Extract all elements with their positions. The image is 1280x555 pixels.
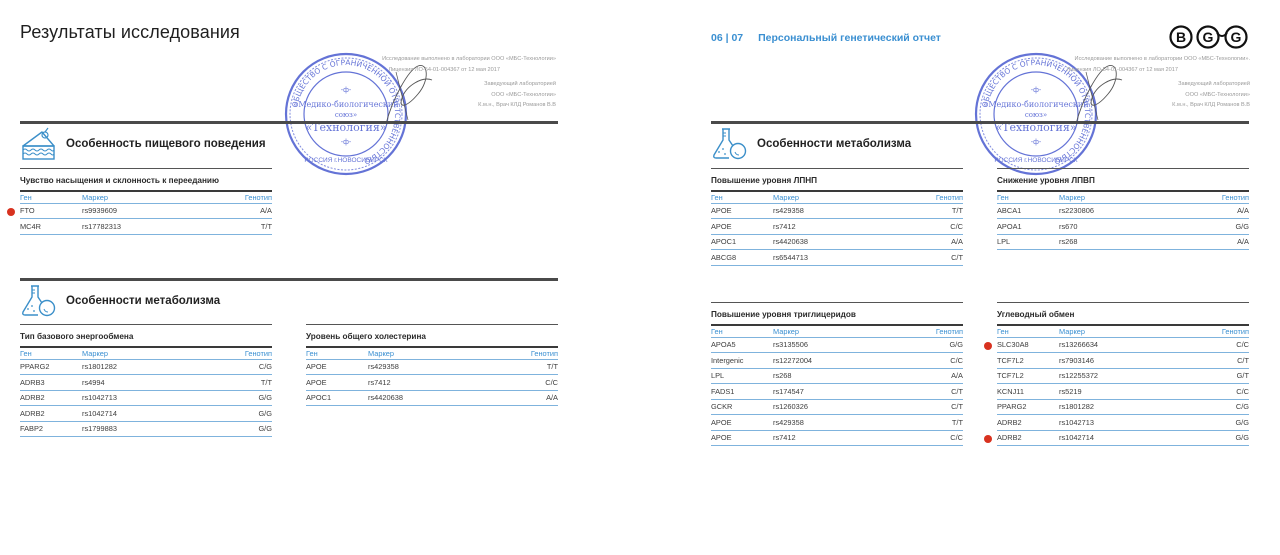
table-header: ГенМаркерГенотип xyxy=(997,326,1249,338)
svg-text:-ф-: -ф- xyxy=(341,139,352,146)
table-row: LPLrs268A/A xyxy=(711,369,963,385)
genotype-cell: G/G xyxy=(222,393,272,402)
gene-cell: SLC30A8 xyxy=(997,340,1059,349)
cake-icon xyxy=(20,127,58,161)
table-header: ГенМаркерГенотип xyxy=(20,192,272,204)
column-header-genotype: Генотип xyxy=(913,327,963,336)
gene-cell: APOC1 xyxy=(711,237,773,246)
column-header-marker: Маркер xyxy=(773,327,913,336)
flask-icon xyxy=(20,284,58,318)
genotype-cell: G/G xyxy=(222,424,272,433)
marker-cell: rs1801282 xyxy=(82,362,222,371)
lab-note-line: К.м.н., Врач КЛД Романов В.В xyxy=(1030,100,1250,111)
column-header-gene: Ген xyxy=(711,327,773,336)
column-header-genotype: Генотип xyxy=(1199,193,1249,202)
genotype-cell: A/A xyxy=(1199,206,1249,215)
gene-cell: ADRB2 xyxy=(20,393,82,402)
gene-table: Повышение уровня триглицеридов ГенМаркер… xyxy=(711,302,963,446)
svg-text:союз»: союз» xyxy=(1025,111,1047,119)
genotype-cell: T/T xyxy=(508,362,558,371)
marker-cell: rs7412 xyxy=(368,378,508,387)
section-title: Особенности метаболизма xyxy=(66,295,220,307)
page-header: 06 | 07 Персональный генетический отчет xyxy=(711,32,941,44)
table-header: ГенМаркерГенотип xyxy=(20,348,272,360)
table-row: TCF7L2rs12255372G/T xyxy=(997,369,1249,385)
genotype-cell: A/A xyxy=(913,237,963,246)
genotype-cell: C/T xyxy=(913,387,963,396)
svg-text:-ф-: -ф- xyxy=(1031,139,1042,146)
gene-cell: APOE xyxy=(711,433,773,442)
table-subtitle: Тип базового энергообмена xyxy=(20,332,272,341)
genotype-cell: C/G xyxy=(1199,402,1249,411)
lab-note-line: ООО «МБС-Технологии» xyxy=(1030,90,1250,101)
marker-cell: rs7903146 xyxy=(1059,356,1199,365)
table-row: ABCA1rs2230806A/A xyxy=(997,204,1249,220)
page-number: 06 | 07 xyxy=(711,32,743,44)
table-row: APOErs7412C/C xyxy=(711,431,963,447)
table-row: ADRB2rs1042713G/G xyxy=(20,391,272,407)
gene-cell: PPARG2 xyxy=(997,402,1059,411)
section-divider xyxy=(20,121,558,124)
table-row: APOErs429358T/T xyxy=(306,360,558,376)
marker-cell: rs17782313 xyxy=(82,222,222,231)
gene-cell: LPL xyxy=(711,371,773,380)
table-header: ГенМаркерГенотип xyxy=(711,192,963,204)
genotype-cell: G/G xyxy=(1199,418,1249,427)
table-header: ГенМаркерГенотип xyxy=(306,348,558,360)
page-title: Результаты исследования xyxy=(20,22,240,43)
section-title: Особенность пищевого поведения xyxy=(66,138,266,150)
genotype-cell: A/A xyxy=(913,371,963,380)
table-header: ГенМаркерГенотип xyxy=(711,326,963,338)
svg-text:союз»: союз» xyxy=(335,111,357,119)
column-header-genotype: Генотип xyxy=(913,193,963,202)
lab-note-line: Лицензия ЛО-54-01-004367 от 12 мая 2017 xyxy=(1030,65,1178,76)
marker-cell: rs7412 xyxy=(773,433,913,442)
genotype-cell: A/A xyxy=(222,206,272,215)
genotype-cell: C/C xyxy=(913,433,963,442)
bgg-logo-icon: B G G xyxy=(1168,24,1250,50)
risk-marker-icon xyxy=(7,208,15,216)
genotype-cell: T/T xyxy=(913,206,963,215)
lab-note-line: Заведующий лабораторией xyxy=(1030,79,1250,90)
gene-table: Углеводный обмен ГенМаркерГенотипSLC30A8… xyxy=(997,302,1249,446)
table-row: APOC1rs4420638A/A xyxy=(306,391,558,407)
gene-table: Снижение уровня ЛПВП ГенМаркерГенотипABC… xyxy=(997,168,1249,250)
marker-cell: rs4420638 xyxy=(773,237,913,246)
genotype-cell: C/T xyxy=(913,402,963,411)
marker-cell: rs174547 xyxy=(773,387,913,396)
marker-cell: rs1042714 xyxy=(1059,433,1199,442)
marker-cell: rs9939609 xyxy=(82,206,222,215)
gene-cell: APOE xyxy=(711,206,773,215)
column-header-marker: Маркер xyxy=(1059,193,1199,202)
genotype-cell: A/A xyxy=(1199,237,1249,246)
marker-cell: rs12255372 xyxy=(1059,371,1199,380)
marker-cell: rs1042713 xyxy=(1059,418,1199,427)
gene-cell: ADRB2 xyxy=(997,433,1059,442)
column-header-genotype: Генотип xyxy=(508,349,558,358)
marker-cell: rs670 xyxy=(1059,222,1199,231)
report-title: Персональный генетический отчет xyxy=(758,32,941,44)
table-row: APOA5rs3135506G/G xyxy=(711,338,963,354)
marker-cell: rs5219 xyxy=(1059,387,1199,396)
marker-cell: rs268 xyxy=(773,371,913,380)
genotype-cell: C/C xyxy=(508,378,558,387)
column-header-gene: Ген xyxy=(20,349,82,358)
risk-marker-icon xyxy=(984,342,992,350)
section-header: Особенность пищевого поведения xyxy=(20,127,266,161)
gene-cell: APOA5 xyxy=(711,340,773,349)
genotype-cell: C/G xyxy=(222,362,272,371)
svg-text:B: B xyxy=(1176,29,1186,45)
table-row: ADRB3rs4994T/T xyxy=(20,375,272,391)
table-row: FADS1rs174547C/T xyxy=(711,384,963,400)
table-row: FABP2rs1799883G/G xyxy=(20,422,272,438)
gene-cell: LPL xyxy=(997,237,1059,246)
table-row: ADRB2rs1042713G/G xyxy=(997,415,1249,431)
lab-note-line: ООО «МБС-Технологии» xyxy=(340,90,556,101)
gene-cell: APOA1 xyxy=(997,222,1059,231)
column-header-genotype: Генотип xyxy=(222,193,272,202)
section-divider xyxy=(20,278,558,281)
column-header-marker: Маркер xyxy=(773,193,913,202)
genotype-cell: A/A xyxy=(508,393,558,402)
genotype-cell: G/G xyxy=(1199,222,1249,231)
column-header-genotype: Генотип xyxy=(1199,327,1249,336)
marker-cell: rs4420638 xyxy=(368,393,508,402)
table-row: KCNJ11rs5219C/C xyxy=(997,384,1249,400)
gene-table: Уровень общего холестерина ГенМаркерГено… xyxy=(306,324,558,406)
marker-cell: rs4994 xyxy=(82,378,222,387)
table-subtitle: Повышение уровня ЛПНП xyxy=(711,176,963,185)
table-row: APOA1rs670G/G xyxy=(997,219,1249,235)
gene-cell: APOE xyxy=(306,378,368,387)
genotype-cell: G/T xyxy=(1199,371,1249,380)
gene-cell: ADRB2 xyxy=(20,409,82,418)
section-title: Особенности метаболизма xyxy=(757,138,911,150)
marker-cell: rs429358 xyxy=(773,418,913,427)
risk-marker-icon xyxy=(984,435,992,443)
genotype-cell: C/T xyxy=(913,253,963,262)
gene-cell: PPARG2 xyxy=(20,362,82,371)
gene-cell: ADRB3 xyxy=(20,378,82,387)
table-row: SLC30A8rs13266634C/C xyxy=(997,338,1249,354)
marker-cell: rs1042714 xyxy=(82,409,222,418)
table-subtitle: Повышение уровня триглицеридов xyxy=(711,310,963,319)
svg-text:РОССИЯ г.НОВОСИБИРСК: РОССИЯ г.НОВОСИБИРСК xyxy=(304,157,387,164)
genotype-cell: G/G xyxy=(222,409,272,418)
section-divider xyxy=(711,121,1249,124)
marker-cell: rs429358 xyxy=(368,362,508,371)
marker-cell: rs6544713 xyxy=(773,253,913,262)
gene-cell: MC4R xyxy=(20,222,82,231)
genotype-cell: G/G xyxy=(1199,433,1249,442)
marker-cell: rs12272004 xyxy=(773,356,913,365)
column-header-marker: Маркер xyxy=(368,349,508,358)
table-row: ADRB2rs1042714G/G xyxy=(997,431,1249,447)
table-row: APOErs429358T/T xyxy=(711,204,963,220)
gene-cell: APOE xyxy=(306,362,368,371)
table-subtitle: Снижение уровня ЛПВП xyxy=(997,176,1249,185)
table-row: MC4Rrs17782313T/T xyxy=(20,219,272,235)
gene-cell: TCF7L2 xyxy=(997,371,1059,380)
marker-cell: rs429358 xyxy=(773,206,913,215)
gene-table: Чувство насыщения и склонность к перееда… xyxy=(20,168,272,235)
gene-cell: ABCA1 xyxy=(997,206,1059,215)
column-header-marker: Маркер xyxy=(82,193,222,202)
gene-table: Тип базового энергообмена ГенМаркерГенот… xyxy=(20,324,272,437)
gene-cell: APOC1 xyxy=(306,393,368,402)
table-header: ГенМаркерГенотип xyxy=(997,192,1249,204)
table-row: PPARG2rs1801282C/G xyxy=(997,400,1249,416)
lab-note-line: К.м.н., Врач КЛД Романов В.В xyxy=(340,100,556,111)
marker-cell: rs13266634 xyxy=(1059,340,1199,349)
gene-cell: ADRB2 xyxy=(997,418,1059,427)
gene-cell: Intergenic xyxy=(711,356,773,365)
gene-table: Повышение уровня ЛПНП ГенМаркерГенотипAP… xyxy=(711,168,963,266)
table-row: APOErs429358T/T xyxy=(711,415,963,431)
marker-cell: rs1799883 xyxy=(82,424,222,433)
column-header-gene: Ген xyxy=(20,193,82,202)
marker-cell: rs268 xyxy=(1059,237,1199,246)
table-subtitle: Уровень общего холестерина xyxy=(306,332,558,341)
marker-cell: rs1801282 xyxy=(1059,402,1199,411)
lab-note-line: Исследование выполнено в лаборатории ООО… xyxy=(1030,54,1250,65)
genotype-cell: C/C xyxy=(913,222,963,231)
gene-cell: APOE xyxy=(711,418,773,427)
column-header-gene: Ген xyxy=(306,349,368,358)
gene-cell: APOE xyxy=(711,222,773,231)
gene-cell: FABP2 xyxy=(20,424,82,433)
table-row: PPARG2rs1801282C/G xyxy=(20,360,272,376)
column-header-gene: Ген xyxy=(711,193,773,202)
table-row: LPLrs268A/A xyxy=(997,235,1249,251)
genotype-cell: T/T xyxy=(222,378,272,387)
table-row: APOErs7412C/C xyxy=(306,375,558,391)
table-row: GCKRrs1260326C/T xyxy=(711,400,963,416)
marker-cell: rs1260326 xyxy=(773,402,913,411)
genotype-cell: C/C xyxy=(913,356,963,365)
gene-cell: GCKR xyxy=(711,402,773,411)
table-row: TCF7L2rs7903146C/T xyxy=(997,353,1249,369)
lab-note: Исследование выполнено в лаборатории ООО… xyxy=(1030,54,1250,111)
column-header-genotype: Генотип xyxy=(222,349,272,358)
table-row: FTOrs9939609A/A xyxy=(20,204,272,220)
lab-note-line: Заведующий лабораторией xyxy=(340,79,556,90)
genotype-cell: C/T xyxy=(1199,356,1249,365)
gene-cell: FTO xyxy=(20,206,82,215)
section-header: Особенности метаболизма xyxy=(20,284,220,318)
table-row: Intergenicrs12272004C/C xyxy=(711,353,963,369)
svg-text:G: G xyxy=(1203,29,1214,45)
lab-note-line: Лицензия ЛО-54-01-004367 от 12 мая 2017 xyxy=(340,65,500,76)
gene-cell: TCF7L2 xyxy=(997,356,1059,365)
column-header-marker: Маркер xyxy=(1059,327,1199,336)
gene-cell: FADS1 xyxy=(711,387,773,396)
column-header-gene: Ген xyxy=(997,327,1059,336)
genotype-cell: C/C xyxy=(1199,340,1249,349)
marker-cell: rs3135506 xyxy=(773,340,913,349)
table-subtitle: Углеводный обмен xyxy=(997,310,1249,319)
table-row: ADRB2rs1042714G/G xyxy=(20,406,272,422)
lab-note: Исследование выполнено в лаборатории ООО… xyxy=(340,54,556,111)
column-header-gene: Ген xyxy=(997,193,1059,202)
lab-note-line: Исследование выполнено в лаборатории ООО… xyxy=(340,54,556,65)
column-header-marker: Маркер xyxy=(82,349,222,358)
genotype-cell: G/G xyxy=(913,340,963,349)
table-subtitle: Чувство насыщения и склонность к перееда… xyxy=(20,176,272,185)
marker-cell: rs1042713 xyxy=(82,393,222,402)
gene-cell: KCNJ11 xyxy=(997,387,1059,396)
gene-cell: ABCG8 xyxy=(711,253,773,262)
table-row: ABCG8rs6544713C/T xyxy=(711,250,963,266)
svg-text:G: G xyxy=(1231,29,1242,45)
table-row: APOErs7412C/C xyxy=(711,219,963,235)
table-row: APOC1rs4420638A/A xyxy=(711,235,963,251)
genotype-cell: C/C xyxy=(1199,387,1249,396)
marker-cell: rs2230806 xyxy=(1059,206,1199,215)
genotype-cell: T/T xyxy=(222,222,272,231)
flask-icon xyxy=(711,127,749,161)
svg-text:РОССИЯ г.НОВОСИБИРСК: РОССИЯ г.НОВОСИБИРСК xyxy=(994,157,1077,164)
marker-cell: rs7412 xyxy=(773,222,913,231)
section-header: Особенности метаболизма xyxy=(711,127,911,161)
genotype-cell: T/T xyxy=(913,418,963,427)
